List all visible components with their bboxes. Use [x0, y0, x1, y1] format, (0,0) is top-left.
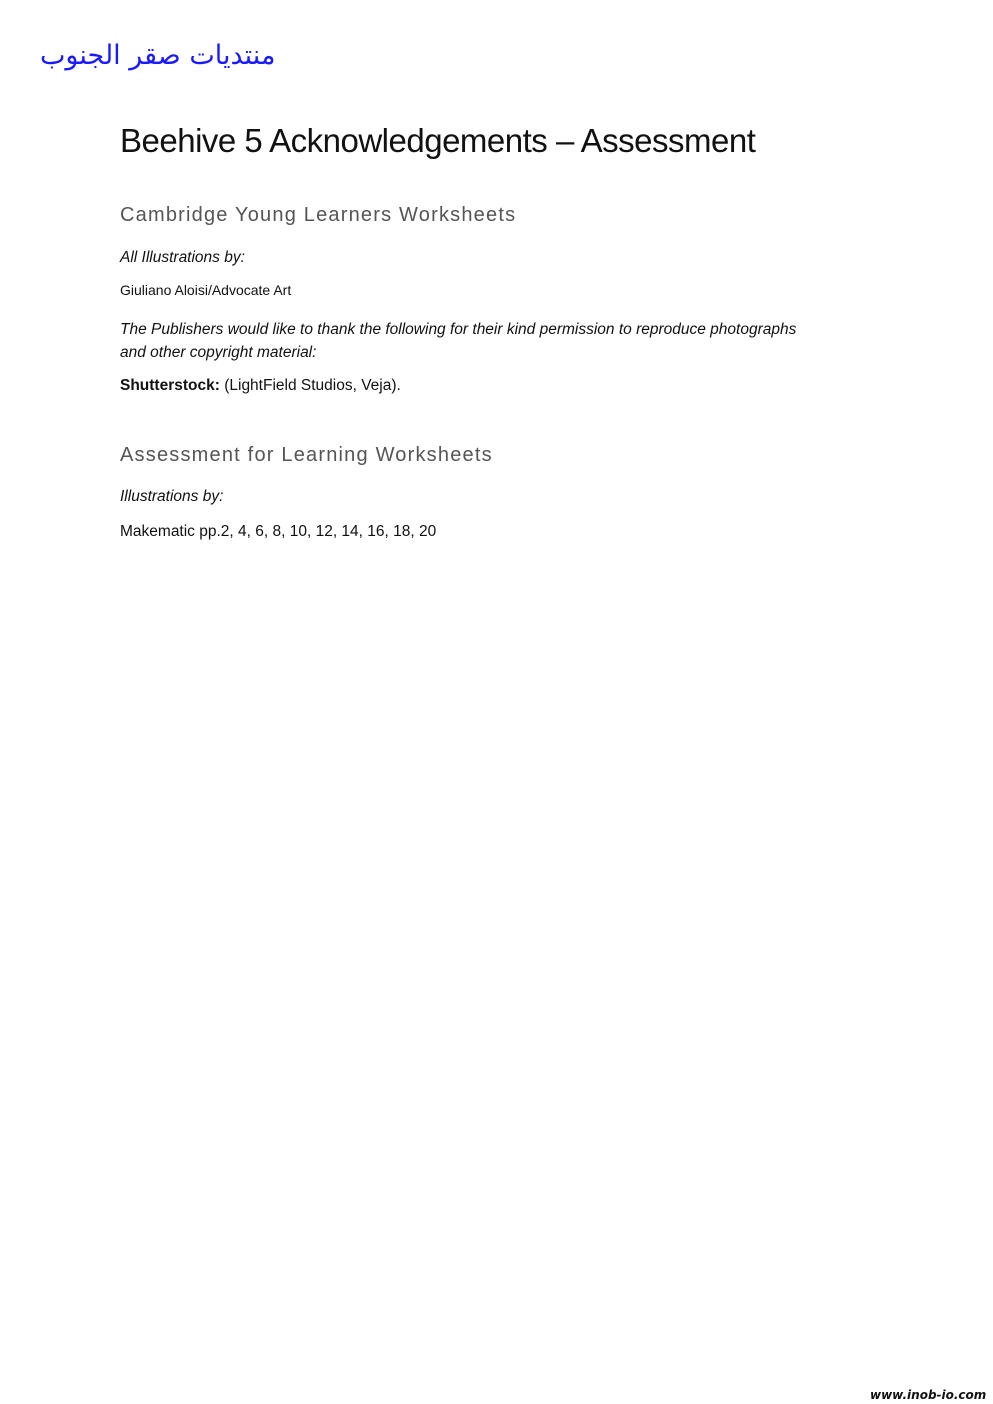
credit-detail: (LightField Studios, Veja). [220, 377, 401, 394]
illustrations-label: Illustrations by: [120, 488, 223, 506]
credit-source: Shutterstock: [120, 377, 220, 394]
illustrator-credit: Giuliano Aloisi/Advocate Art [120, 282, 291, 298]
page-title: Beehive 5 Acknowledgements – Assessment [120, 122, 755, 160]
forum-watermark: منتديات صقر الجنوب [40, 40, 275, 71]
illustrator-credit: Makematic pp.2, 4, 6, 8, 10, 12, 14, 16,… [120, 523, 436, 541]
photo-credit: Shutterstock: (LightField Studios, Veja)… [120, 377, 401, 395]
section-heading-cambridge: Cambridge Young Learners Worksheets [120, 204, 516, 227]
site-watermark: www.inob-io.com [870, 1388, 986, 1402]
thanks-text-line-2: and other copyright material: [120, 344, 316, 362]
section-heading-assessment: Assessment for Learning Worksheets [120, 444, 493, 467]
thanks-text-line-1: The Publishers would like to thank the f… [120, 321, 796, 339]
illustrations-label: All Illustrations by: [120, 249, 245, 267]
